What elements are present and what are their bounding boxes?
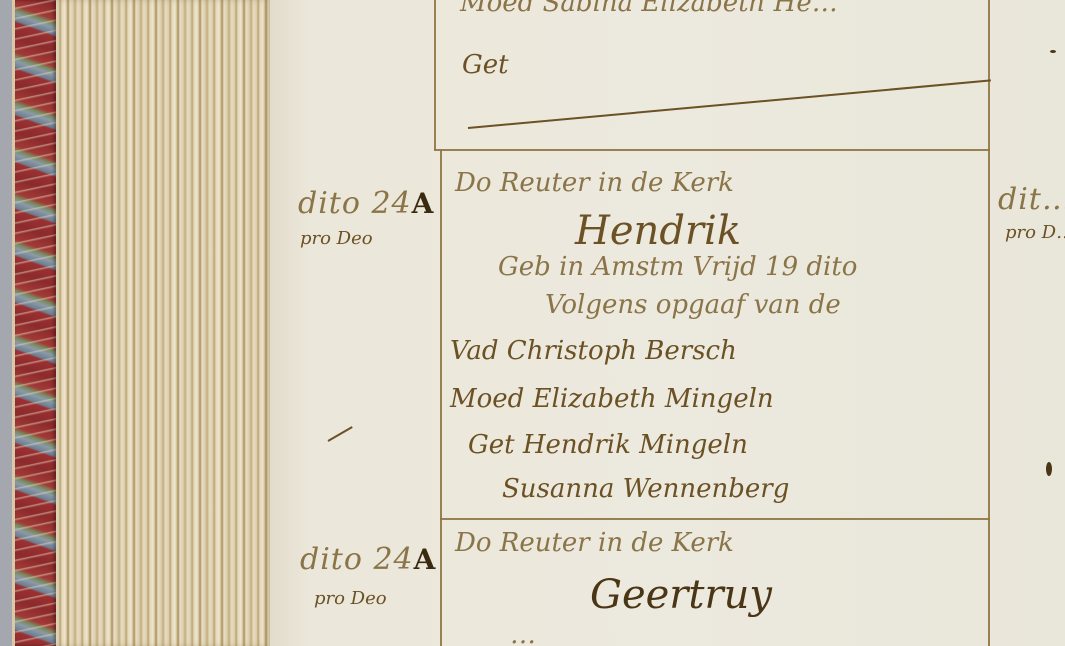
entry-2-day-mark: A xyxy=(414,543,437,576)
entry-1-date: dito 24 xyxy=(298,186,412,221)
entry-1-mother-line: Moed Elizabeth Mingeln xyxy=(450,384,774,414)
entry-1-margin-date: dito 24A xyxy=(298,186,434,221)
next-page-note-fragment: pro D… xyxy=(1005,222,1065,243)
top-mother-line: Moed Sabina Elizabeth He… xyxy=(460,0,838,18)
entry-2-minister: Do Reuter in de Kerk xyxy=(455,528,734,558)
entry-2-partial-line: … xyxy=(510,620,536,646)
entry-1-minister: Do Reuter in de Kerk xyxy=(455,168,734,198)
entry-1-birth-line: Geb in Amstm Vrijd 19 dito xyxy=(498,252,857,282)
entry-1-witness-line-2: Susanna Wennenberg xyxy=(502,474,789,504)
register-page: Moed Sabina Elizabeth He… Get dito 24A p… xyxy=(270,0,1065,646)
closing-stroke xyxy=(468,79,991,129)
entry-1-source-line: Volgens opgaaf van de xyxy=(545,290,841,320)
top-witness-label: Get xyxy=(462,50,509,80)
entry-2-margin-note: pro Deo xyxy=(314,588,387,609)
ink-speck xyxy=(1050,50,1056,53)
entry-1-day-mark: A xyxy=(412,187,435,220)
ink-blot xyxy=(1046,462,1052,476)
left-column-rule xyxy=(434,0,436,150)
page-edges-stack xyxy=(56,0,270,646)
margin-stroke xyxy=(328,426,353,442)
marbled-book-cover xyxy=(12,0,56,646)
next-page-date-fragment: dit… xyxy=(998,182,1065,217)
entry-divider-middle xyxy=(440,518,990,520)
entry-1-witness-line-1: Get Hendrik Mingeln xyxy=(468,430,748,460)
entry-1-margin-note: pro Deo xyxy=(300,228,373,249)
scan-backdrop xyxy=(0,0,12,646)
entry-2-date: dito 24 xyxy=(300,542,414,577)
entry-2-margin-date: dito 24A xyxy=(300,542,436,577)
entry-1-child-name: Hendrik xyxy=(575,208,741,254)
entry-1-father-line: Vad Christoph Bersch xyxy=(450,336,737,366)
entry-2-child-name: Geertruy xyxy=(590,572,772,618)
left-column-rule-lower xyxy=(440,150,442,646)
right-column-rule xyxy=(988,0,990,646)
entry-divider-top xyxy=(434,149,990,151)
